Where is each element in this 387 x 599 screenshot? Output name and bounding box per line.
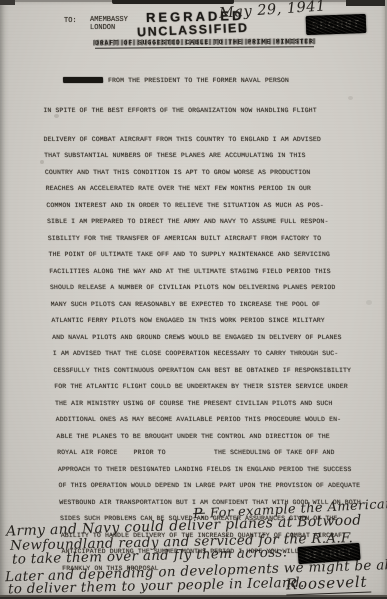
typed-line: SIBILITY FOR THE TRANSFER OF AMERICAN BU… <box>47 231 349 248</box>
typed-line: ADDITIONAL ONES AS MAY BECOME AVAILABLE … <box>55 412 357 429</box>
scan-edge-mark-right <box>346 0 387 6</box>
typed-line: SHOULD RELEASE A NUMBER OF CIVILIAN PILO… <box>50 280 352 297</box>
typed-line: MANY SUCH PILOTS CAN REASONABLY BE EXPEC… <box>50 297 352 314</box>
typed-line: FOR THE ATLANTIC FLIGHT COULD BE UNDERTA… <box>54 379 356 396</box>
paper-stain <box>366 300 372 305</box>
typed-line: OF THIS OPERATION WOULD DEPEND IN LARGE … <box>58 478 360 495</box>
addressee-line-2: LONDON <box>90 24 128 32</box>
document-page: TO: AMEMBASSY LONDON REGRADED UNCLASSIFI… <box>0 0 387 599</box>
typed-line: CESSFULLY THIS CONTINUOUS OPERATION CAN … <box>53 363 355 380</box>
secret-stamp-crossed-out-top: SECRET <box>306 14 367 35</box>
typed-line: ATLANTIC FERRY PILOTS NOW ENGAGED IN THI… <box>51 313 353 330</box>
typed-line: REACHES AN ACCELERATED RATE OVER THE NEX… <box>45 181 347 198</box>
typed-line: SIBLE I AM PREPARED TO DIRECT THE ARMY A… <box>47 214 349 231</box>
scan-edge-mark-center <box>112 0 234 4</box>
typed-line: COMMON INTEREST AND IN ORDER TO RELIEVE … <box>46 198 348 215</box>
addressee-line-1: AMEMBASSY <box>90 16 128 24</box>
paper-stain <box>40 160 44 164</box>
typed-line: ABLE THE PLANES TO BE BROUGHT UNDER THE … <box>56 429 358 446</box>
document-title-text: DRAFT OF SUGGESTED CABLE TO THE PRIME MI… <box>95 38 314 47</box>
document-title: DRAFT OF SUGGESTED CABLE TO THE PRIME MI… <box>95 38 314 49</box>
secret-stamp-label: SECRET <box>312 18 361 32</box>
typed-line: THE AIR MINISTRY USING OF COURSE THE PRE… <box>55 396 357 413</box>
typed-line: THAT SUBSTANTIAL NUMBERS OF THESE PLANES… <box>44 148 346 165</box>
typed-line: AND NAVAL PILOTS AND GROUND CREWS WOULD … <box>52 330 354 347</box>
typed-line: APPROACH TO THEIR DESIGNATED LANDING FIE… <box>58 462 360 479</box>
paper-stain <box>348 96 353 100</box>
typed-line: DELIVERY OF COMBAT AIRCRAFT FROM THIS CO… <box>43 132 345 149</box>
scan-edge-mark-left <box>0 0 15 5</box>
typed-line: FACILITIES ALONG THE WAY AND AT THE ULTI… <box>49 264 351 281</box>
typed-line: COUNTRY AND THAT THIS CONDITION IS APT T… <box>45 165 347 182</box>
typed-line: I AM ADVISED THAT THE CLOSE COOPERATION … <box>53 346 355 363</box>
typed-line: THE POINT OF ULTIMATE TAKE OFF AND TO SU… <box>48 247 350 264</box>
to-label: TO: <box>64 17 77 25</box>
addressee: AMEMBASSY LONDON <box>90 16 128 32</box>
secret-stamp-label: SECRET <box>304 546 353 561</box>
roosevelt-signature: Roosevelt <box>286 573 372 596</box>
typed-line: ROYAL AIR FORCE PRIOR TO THE SCHEDULING … <box>57 445 359 462</box>
